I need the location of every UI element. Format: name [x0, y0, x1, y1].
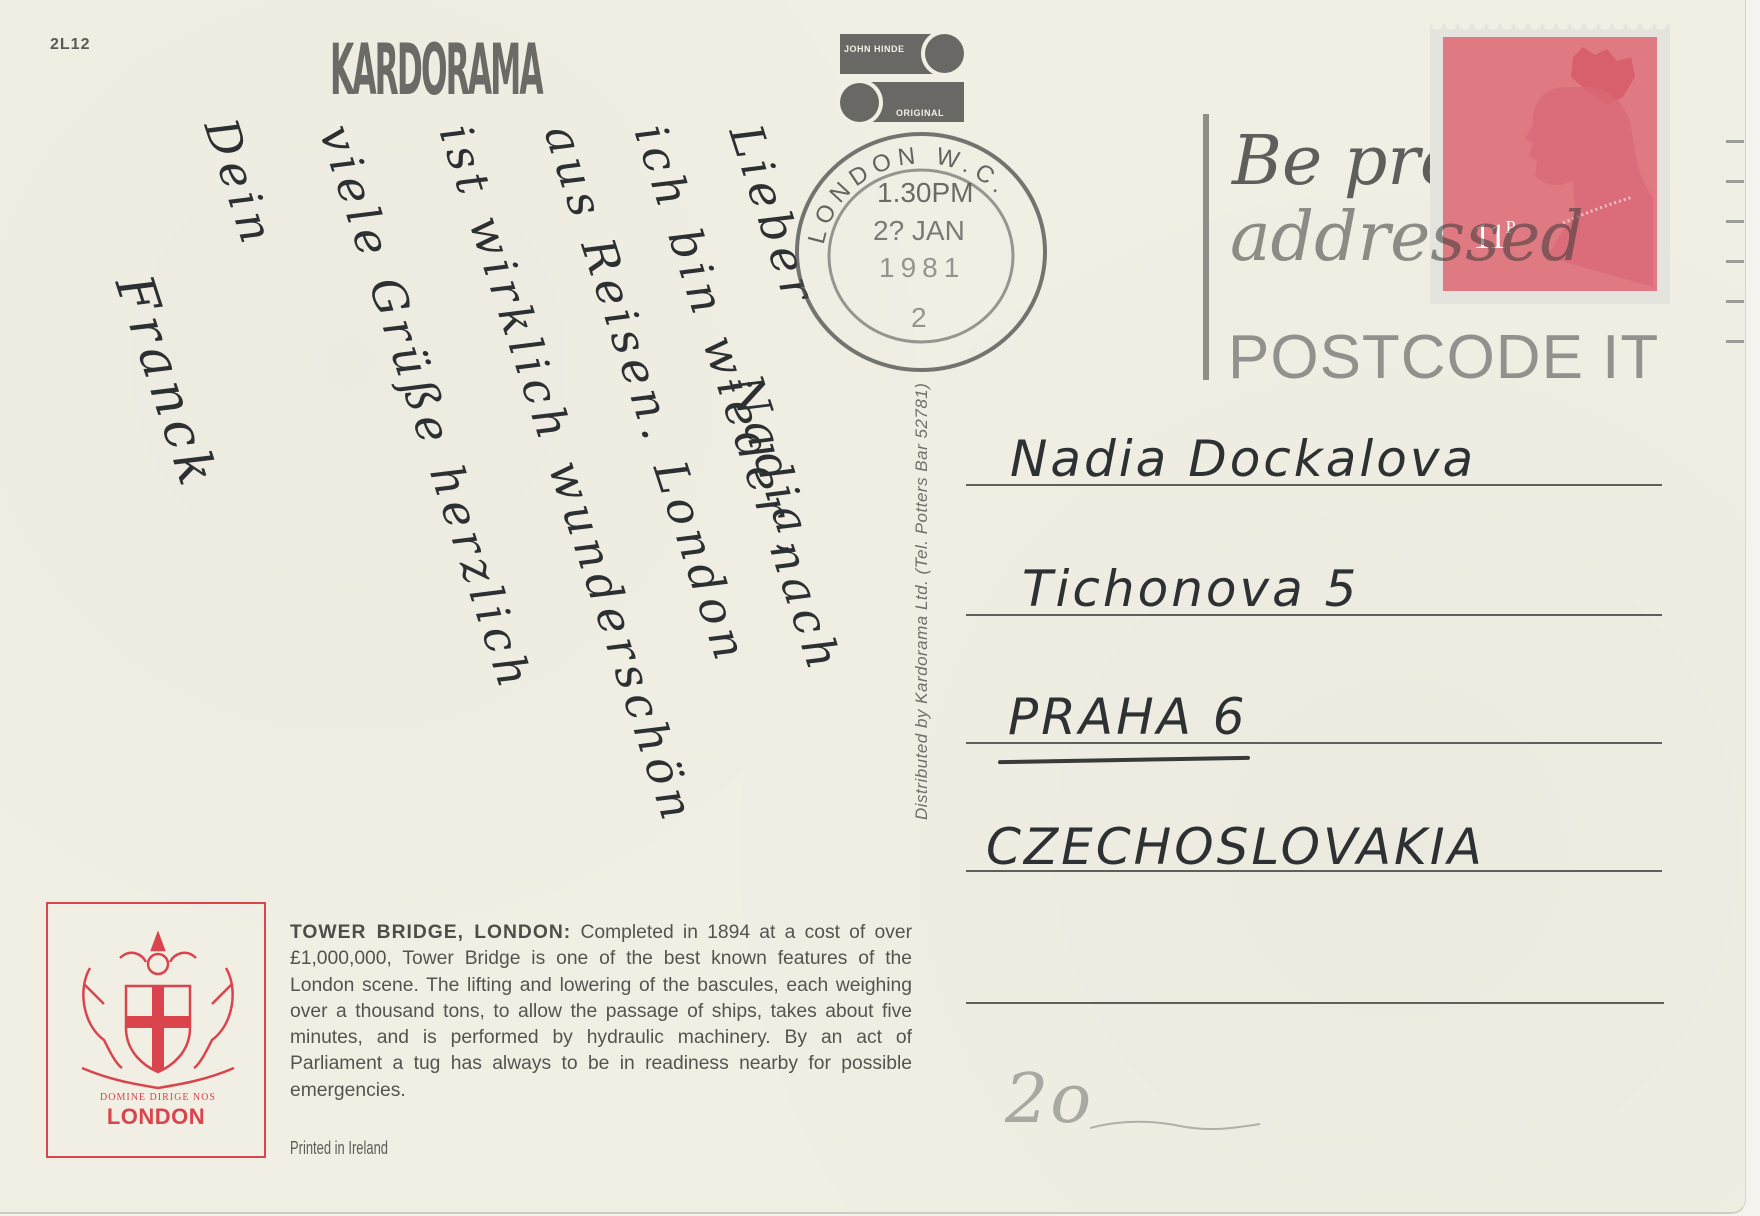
pencil-squiggle-icon	[1090, 1118, 1260, 1134]
address-line-city: PRAHA 6	[1008, 688, 1248, 746]
slogan-bracket	[1203, 114, 1223, 380]
pencil-note: 2o	[1005, 1060, 1093, 1139]
slogan-line-2: addressed	[1230, 198, 1584, 277]
john-hinde-logo: JOHN HINDE ORIGINAL	[840, 34, 964, 122]
caption-text: TOWER BRIDGE, LONDON: Completed in 1894 …	[290, 920, 912, 1104]
signature: Franck	[103, 268, 229, 498]
message-line: Dein	[194, 112, 286, 255]
logo-bottom-text: ORIGINAL	[896, 108, 944, 118]
city-underline	[998, 756, 1250, 764]
postmark-date: 2? JAN	[873, 215, 965, 246]
postmark-year: 1981	[879, 252, 965, 283]
address-line-country: CZECHOSLOVAKIA	[986, 818, 1485, 876]
address-line-street: Tichonova 5	[1022, 560, 1359, 618]
address-rule	[966, 870, 1662, 872]
cancel-wavy-lines	[1726, 140, 1746, 380]
city-of-london-crest-icon: DOMINE DIRIGE NOS	[60, 928, 256, 1108]
crest-motto: DOMINE DIRIGE NOS	[100, 1092, 216, 1103]
postmark-icon: LONDON W.C. 1.30PM 2? JAN 1981 2	[793, 122, 1049, 378]
slogan-line-3: POSTCODE IT	[1228, 322, 1659, 393]
caption-body: Completed in 1894 at a cost of over £1,0…	[290, 922, 912, 1101]
printed-in-note: Printed in Ireland	[290, 1138, 388, 1159]
address-rule	[966, 614, 1662, 616]
brand-logo-kardorama: KARDORAMA	[330, 30, 542, 111]
city-crest-box: DOMINE DIRIGE NOS LONDON	[46, 902, 266, 1158]
address-rule	[966, 1002, 1664, 1004]
logo-top-text: JOHN HINDE	[844, 44, 905, 54]
address-rule	[966, 484, 1662, 486]
crest-label: LONDON	[48, 1104, 264, 1130]
address-line-name: Nadia Dockalova	[1010, 430, 1476, 488]
distributor-text: Distributed by Kardorama Ltd. (Tel. Pott…	[912, 383, 932, 820]
postmark-time: 1.30PM	[877, 177, 974, 208]
address-rule	[966, 742, 1662, 744]
caption-title: TOWER BRIDGE, LONDON:	[290, 922, 571, 943]
postmark-code: 2	[911, 302, 927, 333]
postcard-back: 2L12 KARDORAMA JOHN HINDE ORIGINAL Liebe…	[0, 0, 1746, 1214]
card-code: 2L12	[50, 36, 90, 54]
